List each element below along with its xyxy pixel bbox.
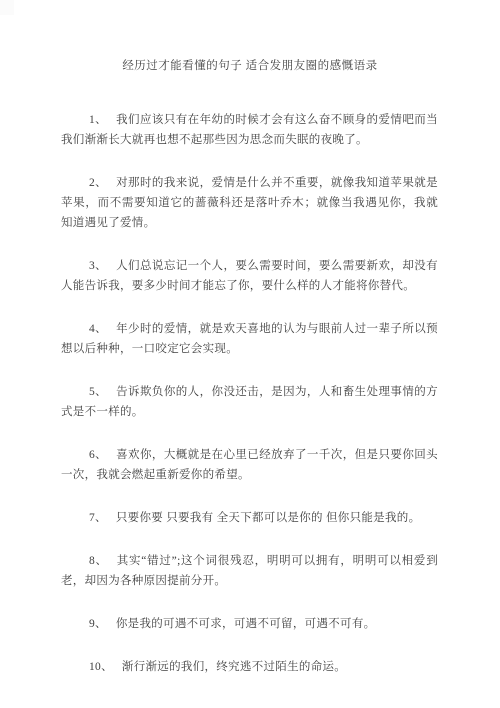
quote-item-9: 9、你是我的可遇不可求，可遇不可留，可遇不可有。 bbox=[61, 614, 438, 634]
quote-number: 5、 bbox=[89, 386, 107, 398]
quote-number: 8、 bbox=[89, 555, 108, 567]
document-page: 经历过才能看懂的句子 适合发朋友圈的感慨语录 1、我们应该只有在年幼的时候才会有… bbox=[0, 0, 500, 708]
quote-number: 7、 bbox=[89, 512, 107, 524]
quote-text: 其实“错过”;这个词很残忍，明明可以拥有，明明可以相爱到老，却因为各种原因提前分… bbox=[61, 555, 438, 587]
quote-number: 4、 bbox=[89, 323, 107, 335]
quote-list: 1、我们应该只有在年幼的时候才会有这么奋不顾身的爱情吧而当我们渐渐长大就再也想不… bbox=[61, 110, 438, 677]
quote-item-1: 1、我们应该只有在年幼的时候才会有这么奋不顾身的爱情吧而当我们渐渐长大就再也想不… bbox=[61, 110, 438, 150]
quote-text: 对那时的我来说，爱情是什么并不重要，就像我知道苹果就是苹果，而不需要知道它的蔷薇… bbox=[61, 177, 438, 229]
quote-item-2: 2、对那时的我来说，爱情是什么并不重要，就像我知道苹果就是苹果，而不需要知道它的… bbox=[61, 173, 438, 233]
quote-number: 1、 bbox=[89, 114, 107, 126]
quote-text: 渐行渐远的我们，终究逃不过陌生的命运。 bbox=[122, 661, 346, 673]
quote-text: 告诉欺负你的人，你没还击，是因为，人和畜生处理事情的方式是不一样的。 bbox=[61, 386, 438, 418]
quote-number: 2、 bbox=[89, 177, 107, 189]
quote-number: 9、 bbox=[89, 618, 107, 630]
quote-item-3: 3、人们总说忘记一个人，要么需要时间，要么需要新欢，却没有人能告诉我，要多少时间… bbox=[61, 256, 438, 296]
page-title: 经历过才能看懂的句子 适合发朋友圈的感慨语录 bbox=[0, 0, 500, 73]
quote-item-6: 6、喜欢你，大概就是在心里已经放弃了一千次，但是只要你回头一次，我就会燃起重新爱… bbox=[61, 445, 438, 485]
corner-artifact bbox=[0, 0, 14, 15]
quote-text: 只要你要 只要我有 全天下都可以是你的 但你只能是我的。 bbox=[116, 512, 421, 524]
quote-number: 3、 bbox=[89, 260, 107, 272]
quote-text: 你是我的可遇不可求，可遇不可留，可遇不可有。 bbox=[116, 618, 376, 630]
quote-item-10: 10、渐行渐远的我们，终究逃不过陌生的命运。 bbox=[61, 657, 438, 677]
quote-text: 我们应该只有在年幼的时候才会有这么奋不顾身的爱情吧而当我们渐渐长大就再也想不起那… bbox=[61, 114, 438, 146]
quote-text: 喜欢你，大概就是在心里已经放弃了一千次，但是只要你回头一次，我就会燃起重新爱你的… bbox=[61, 449, 438, 481]
quote-text: 人们总说忘记一个人，要么需要时间，要么需要新欢，却没有人能告诉我，要多少时间才能… bbox=[61, 260, 438, 292]
quote-item-5: 5、告诉欺负你的人，你没还击，是因为，人和畜生处理事情的方式是不一样的。 bbox=[61, 382, 438, 422]
quote-text: 年少时的爱情，就是欢天喜地的认为与眼前人过一辈子所以预想以后种种，一口咬定它会实… bbox=[61, 323, 438, 355]
quote-item-8: 8、其实“错过”;这个词很残忍，明明可以拥有，明明可以相爱到老，却因为各种原因提… bbox=[61, 551, 438, 591]
quote-number: 6、 bbox=[89, 449, 107, 461]
quote-item-4: 4、年少时的爱情，就是欢天喜地的认为与眼前人过一辈子所以预想以后种种，一口咬定它… bbox=[61, 319, 438, 359]
quote-number: 10、 bbox=[89, 661, 113, 673]
quote-item-7: 7、只要你要 只要我有 全天下都可以是你的 但你只能是我的。 bbox=[61, 508, 438, 528]
